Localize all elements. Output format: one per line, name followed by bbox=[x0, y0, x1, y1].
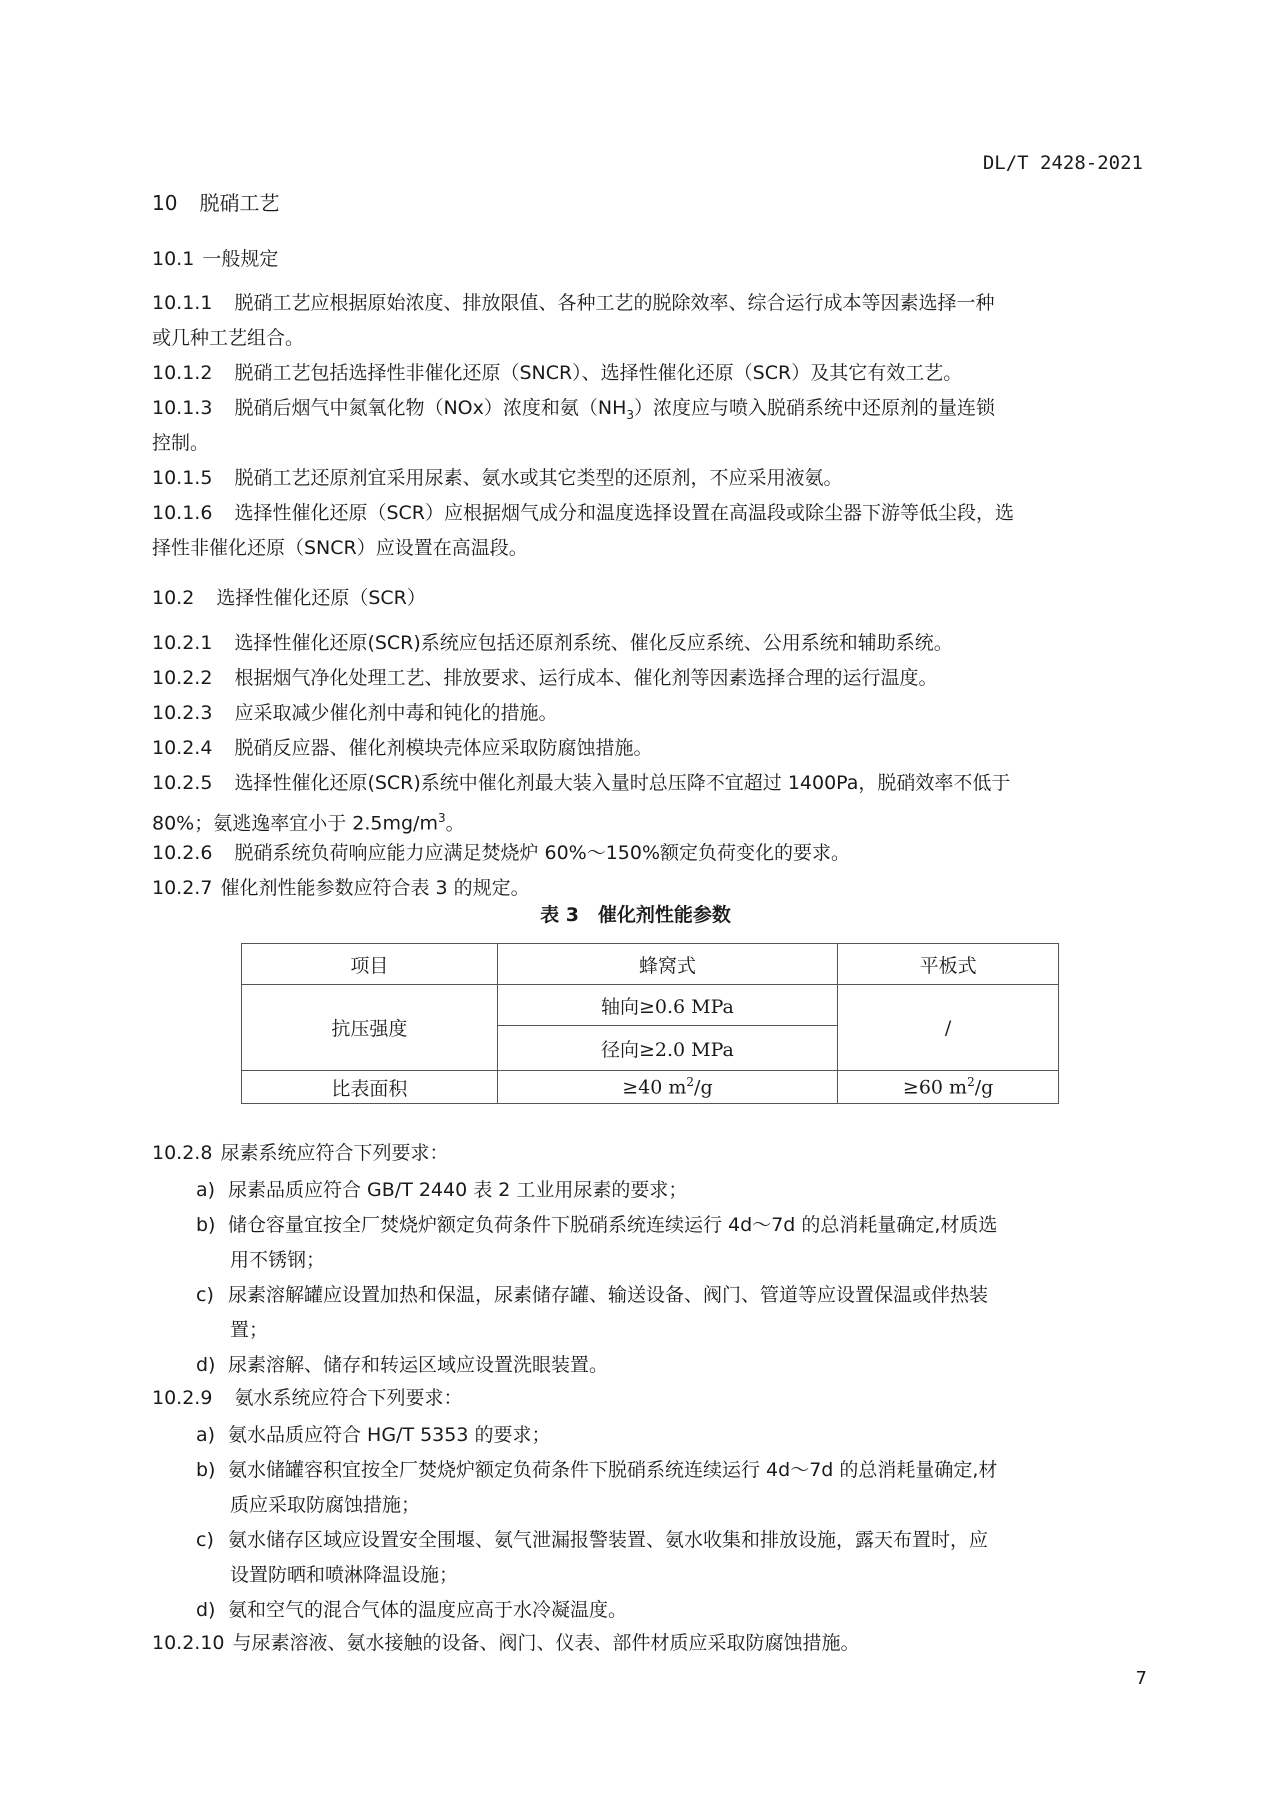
cell-radial: 径向≥2.0 MPa bbox=[497, 1026, 838, 1071]
clause-10-2-4: 10.2.4脱硝反应器、催化剂模块壳体应采取防腐蚀措施。 bbox=[152, 735, 652, 761]
page-number: 7 bbox=[1136, 1668, 1147, 1689]
section-number: 10 bbox=[152, 191, 177, 215]
list-item-cont: 设置防晒和喷淋降温设施； bbox=[230, 1560, 458, 1587]
subsection-heading-10-1: 10.1一般规定 bbox=[152, 244, 278, 271]
table-row: 比表面积 ≥40 m2/g ≥60 m2/g bbox=[242, 1071, 1059, 1104]
clause-10-2-5-cont: 80%；氨逃逸率宜小于 2.5mg/m3。 bbox=[152, 805, 465, 836]
clause-10-2-1: 10.2.1选择性催化还原(SCR)系统应包括还原剂系统、催化反应系统、公用系统… bbox=[152, 630, 953, 656]
clause-10-2-7: 10.2.7催化剂性能参数应符合表 3 的规定。 bbox=[152, 875, 530, 901]
subsection-heading-10-2: 10.2选择性催化还原（SCR） bbox=[152, 583, 426, 610]
section-heading: 10脱硝工艺 bbox=[152, 187, 279, 216]
list-item: d)氨和空气的混合气体的温度应高于水冷凝温度。 bbox=[196, 1595, 627, 1622]
list-item: d)尿素溶解、储存和转运区域应设置洗眼装置。 bbox=[196, 1350, 608, 1377]
list-item: b)储仓容量宜按全厂焚烧炉额定负荷条件下脱硝系统连续运行 4d～7d 的总消耗量… bbox=[196, 1210, 997, 1237]
clause-10-1-6-cont: 择性非催化还原（SNCR）应设置在高温段。 bbox=[152, 535, 528, 561]
clause-10-1-6: 10.1.6选择性催化还原（SCR）应根据烟气成分和温度选择设置在高温段或除尘器… bbox=[152, 500, 1014, 526]
list-item-cont: 用不锈钢； bbox=[230, 1245, 325, 1272]
clause-10-2-2: 10.2.2根据烟气净化处理工艺、排放要求、运行成本、催化剂等因素选择合理的运行… bbox=[152, 665, 937, 691]
section-title: 脱硝工艺 bbox=[199, 191, 279, 215]
cell-plate-surface: ≥60 m2/g bbox=[838, 1071, 1059, 1104]
cell-axial: 轴向≥0.6 MPa bbox=[497, 985, 838, 1026]
clause-10-1-3-cont: 控制。 bbox=[152, 430, 209, 456]
document-code: DL/T 2428-2021 bbox=[983, 152, 1143, 174]
clause-10-1-5: 10.1.5脱硝工艺还原剂宜采用尿素、氨水或其它类型的还原剂，不应采用液氨。 bbox=[152, 465, 842, 491]
clause-10-2-9: 10.2.9氨水系统应符合下列要求： bbox=[152, 1385, 462, 1411]
header-honeycomb: 蜂窝式 bbox=[497, 944, 838, 985]
table-row: 抗压强度 轴向≥0.6 MPa / bbox=[242, 985, 1059, 1026]
list-item: b)氨水储罐容积宜按全厂焚烧炉额定负荷条件下脱硝系统连续运行 4d～7d 的总消… bbox=[196, 1455, 997, 1482]
list-item-cont: 置； bbox=[230, 1315, 268, 1342]
list-item: a)尿素品质应符合 GB/T 2440 表 2 工业用尿素的要求； bbox=[196, 1175, 687, 1202]
table-caption: 表 3 催化剂性能参数 bbox=[0, 900, 1271, 927]
clause-10-2-3: 10.2.3应采取减少催化剂中毒和钝化的措施。 bbox=[152, 700, 557, 726]
cell-plate-strength: / bbox=[838, 985, 1059, 1071]
header-plate: 平板式 bbox=[838, 944, 1059, 985]
clause-10-1-2: 10.1.2脱硝工艺包括选择性非催化还原（SNCR）、选择性催化还原（SCR）及… bbox=[152, 360, 962, 386]
clause-10-1-3: 10.1.3脱硝后烟气中氮氧化物（NOx）浓度和氨（NH3）浓度应与喷入脱硝系统… bbox=[152, 395, 995, 428]
row-label-compressive-strength: 抗压强度 bbox=[242, 985, 498, 1071]
list-item-cont: 质应采取防腐蚀措施； bbox=[230, 1490, 420, 1517]
clause-10-2-8: 10.2.8尿素系统应符合下列要求： bbox=[152, 1140, 448, 1166]
cell-honeycomb-surface: ≥40 m2/g bbox=[497, 1071, 838, 1104]
clause-10-1-1: 10.1.1脱硝工艺应根据原始浓度、排放限值、各种工艺的脱除效率、综合运行成本等… bbox=[152, 290, 994, 316]
list-item: a)氨水品质应符合 HG/T 5353 的要求； bbox=[196, 1420, 551, 1447]
clause-10-2-6: 10.2.6脱硝系统负荷响应能力应满足焚烧炉 60%～150%额定负荷变化的要求… bbox=[152, 840, 850, 866]
list-item: c)尿素溶解罐应设置加热和保温，尿素储存罐、输送设备、阀门、管道等应设置保温或伴… bbox=[196, 1280, 988, 1307]
row-label-specific-surface: 比表面积 bbox=[242, 1071, 498, 1104]
clause-10-2-10: 10.2.10与尿素溶液、氨水接触的设备、阀门、仪表、部件材质应采取防腐蚀措施。 bbox=[152, 1630, 860, 1656]
catalyst-parameters-table: 项目 蜂窝式 平板式 抗压强度 轴向≥0.6 MPa / 径向≥2.0 MPa … bbox=[241, 943, 1059, 1104]
table-header-row: 项目 蜂窝式 平板式 bbox=[242, 944, 1059, 985]
clause-10-2-5: 10.2.5选择性催化还原(SCR)系统中催化剂最大装入量时总压降不宜超过 14… bbox=[152, 770, 1010, 796]
header-item: 项目 bbox=[242, 944, 498, 985]
clause-10-1-1-cont: 或几种工艺组合。 bbox=[152, 325, 304, 351]
list-item: c)氨水储存区域应设置安全围堰、氨气泄漏报警装置、氨水收集和排放设施，露天布置时… bbox=[196, 1525, 988, 1552]
